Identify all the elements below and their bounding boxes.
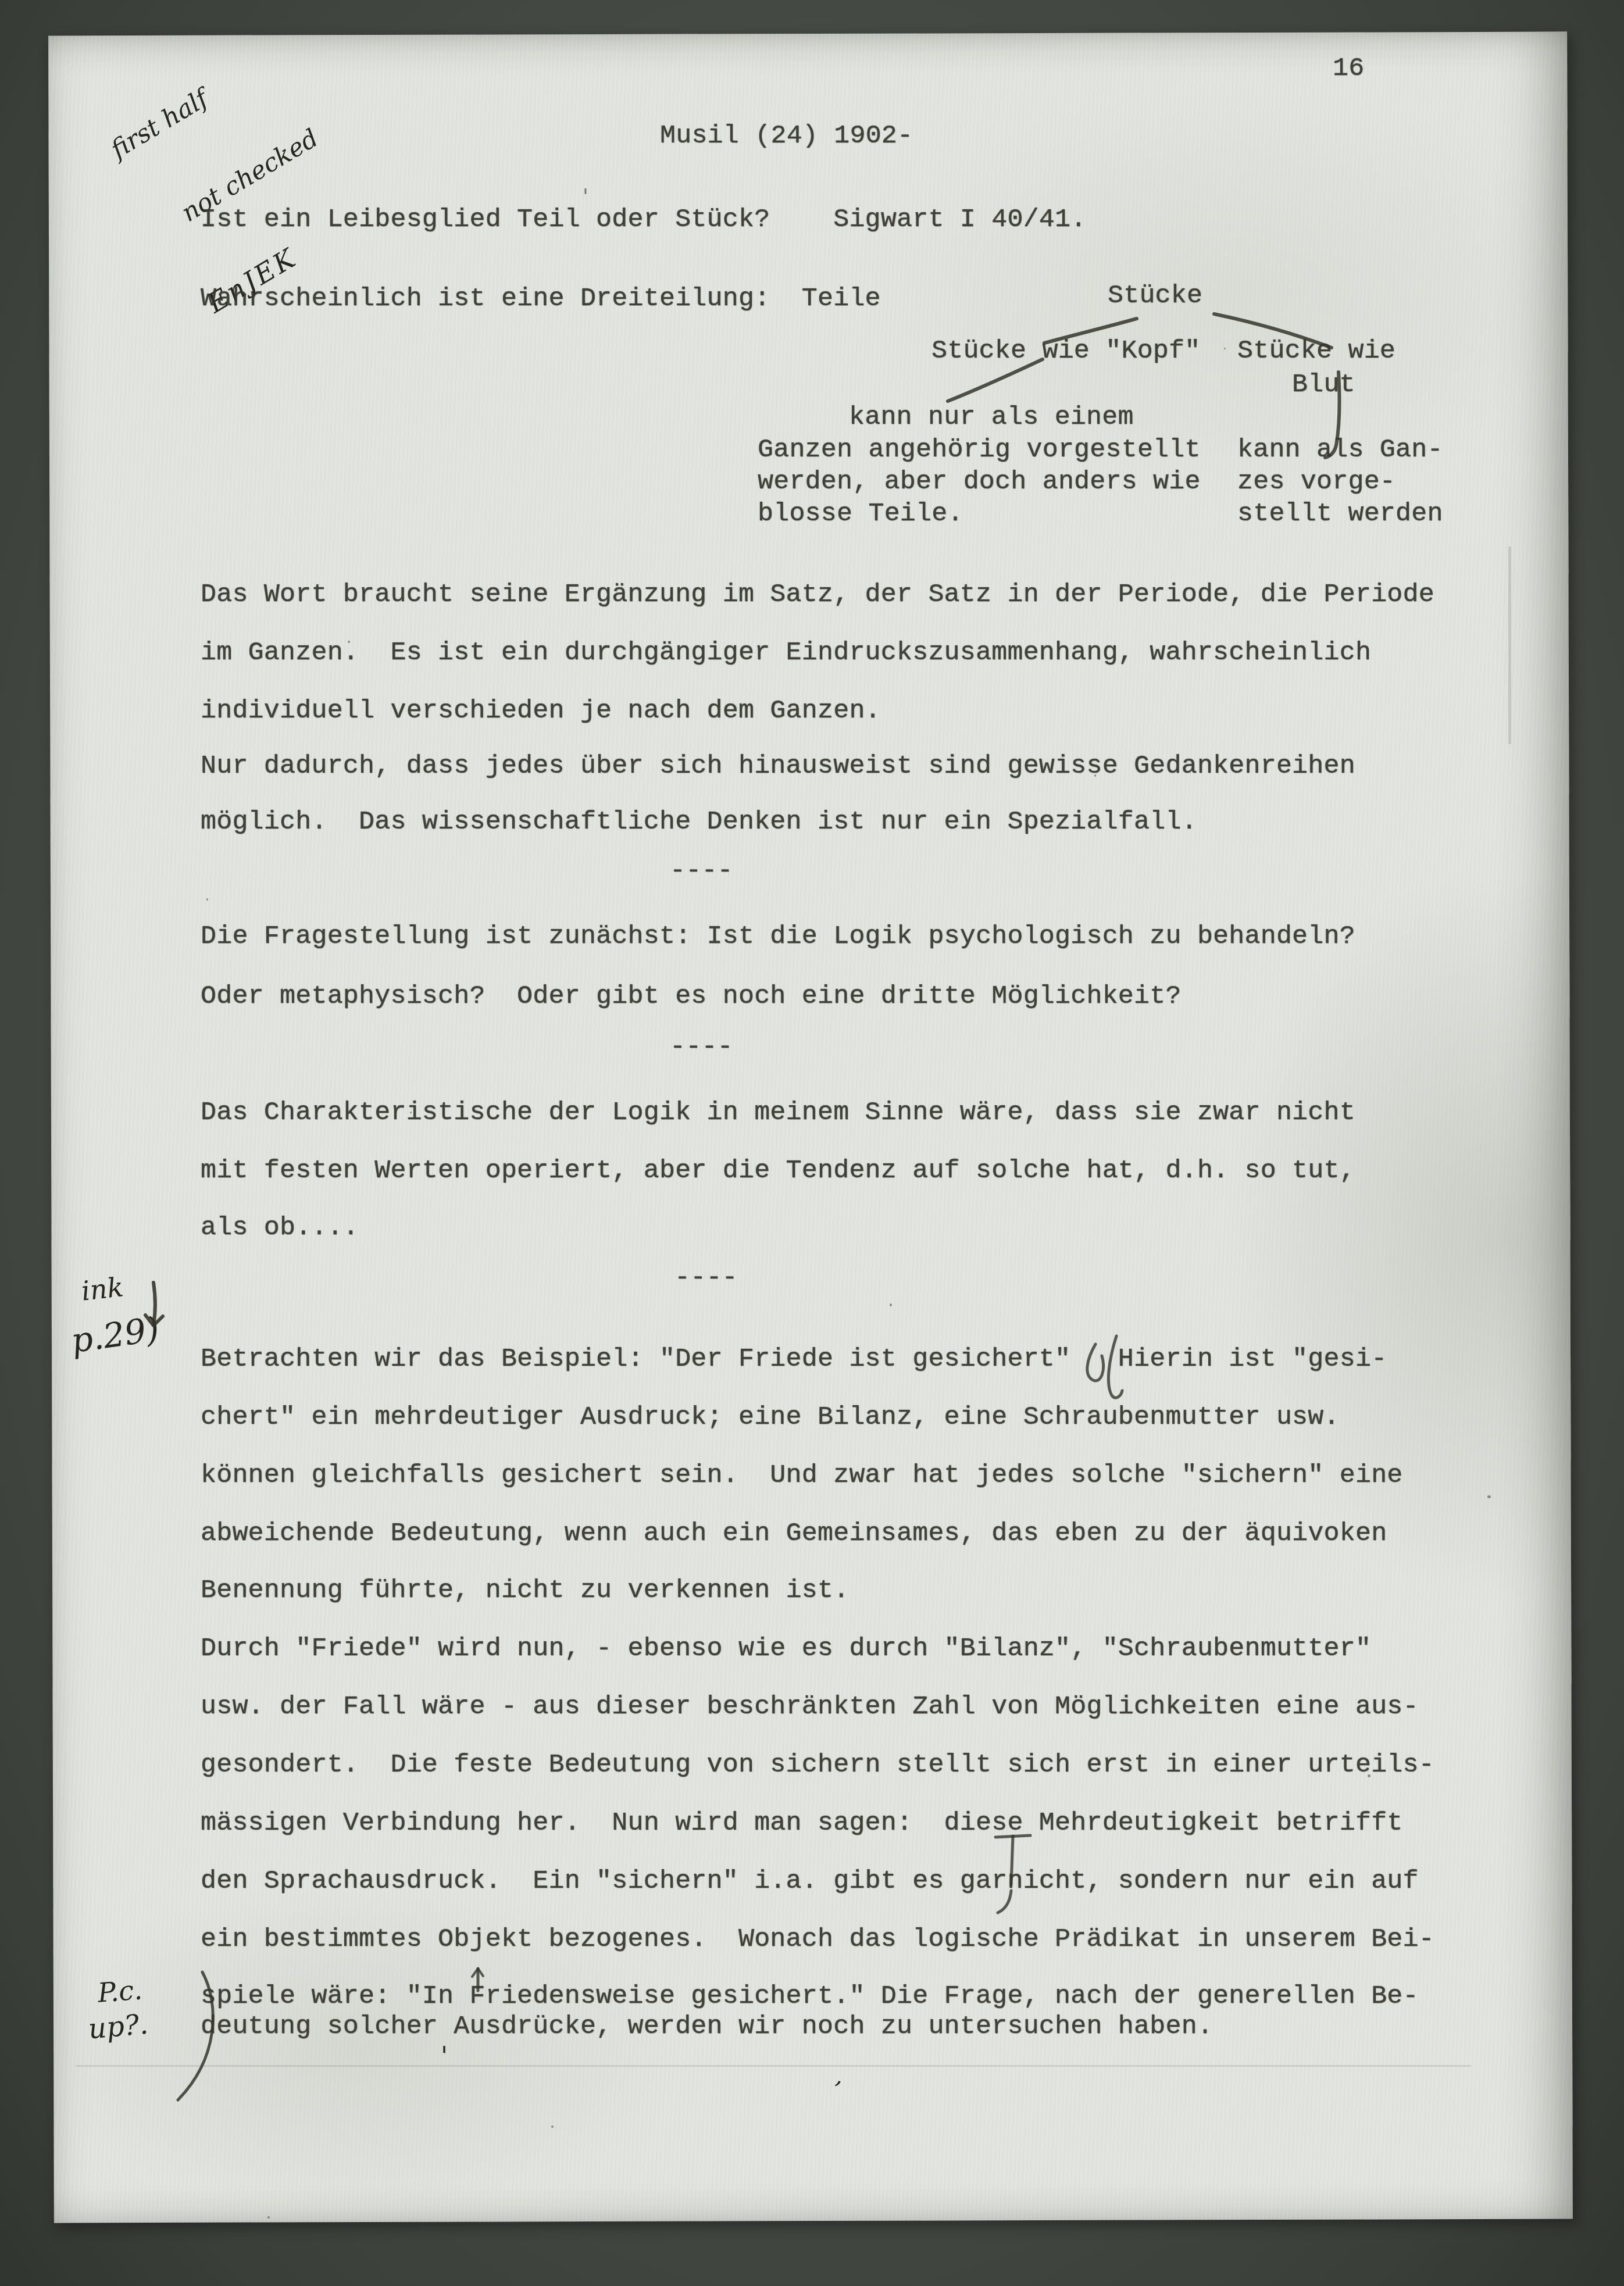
photographed-typescript-page: 16 first half not checked EnJEK Musil (2… bbox=[0, 0, 1624, 2286]
margin-paren-mark bbox=[178, 1972, 213, 2100]
diagram-branch-right-line bbox=[1214, 314, 1332, 348]
insertion-mark-garnicht bbox=[995, 1835, 1030, 1913]
margin-arrow-down-icon bbox=[145, 1283, 163, 1326]
diagram-kopf-connector-line bbox=[948, 359, 1043, 401]
annotation-strokes-overlay bbox=[0, 0, 1624, 2286]
insertion-caret-friedensweise bbox=[472, 1969, 483, 1991]
diagram-branch-left-line bbox=[1044, 319, 1137, 343]
diagram-blut-connector-line bbox=[1325, 372, 1340, 458]
cf-correction-mark bbox=[1087, 1336, 1122, 1398]
